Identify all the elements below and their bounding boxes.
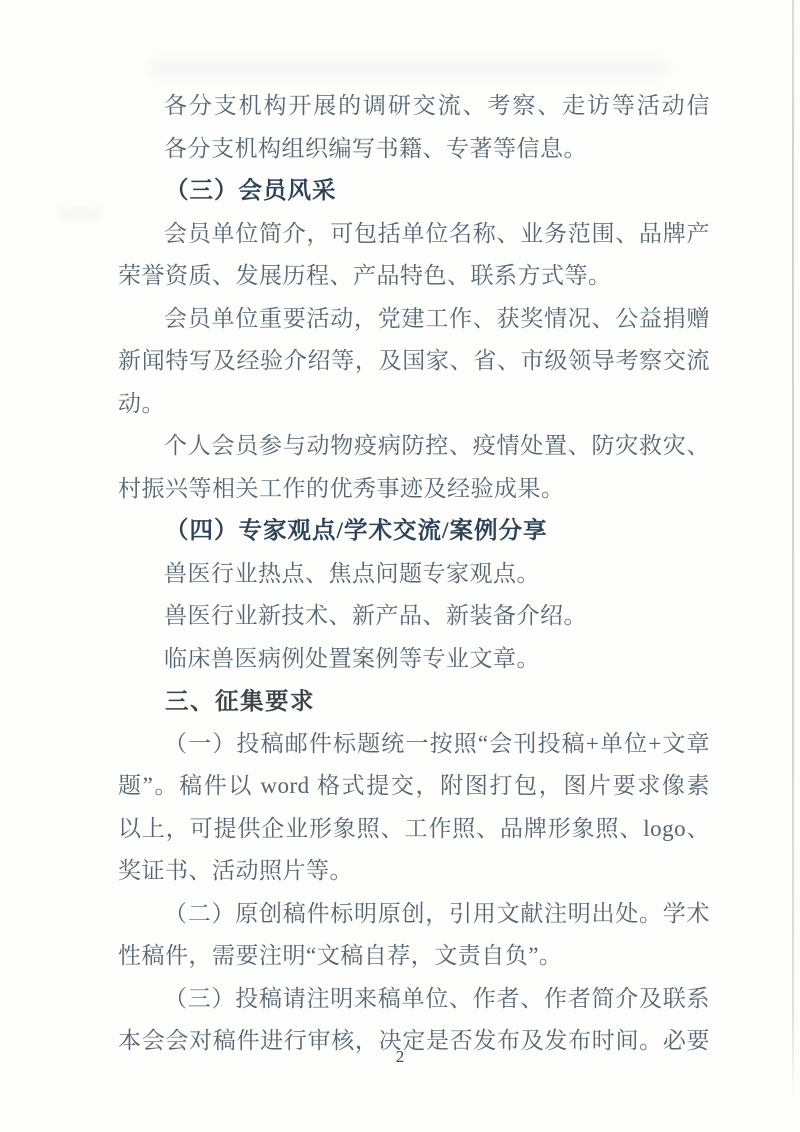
text-line: （二）原创稿件标明原创，引用文献注明出处。学术探讨 <box>118 893 710 936</box>
text-line: 各分支机构组织编写书籍、专著等信息。 <box>118 128 710 171</box>
text-line: （三）投稿请注明来稿单位、作者、作者简介及联系方式。 <box>118 978 710 1021</box>
text-line: 各分支机构开展的调研交流、考察、走访等活动信息。 <box>118 85 710 128</box>
document-page: 各分支机构开展的调研交流、考察、走访等活动信息。各分支机构组织编写书籍、专著等信… <box>0 0 800 1132</box>
text-line: 三、征集要求 <box>118 680 710 723</box>
text-line: 兽医行业热点、焦点问题专家观点。 <box>118 553 710 596</box>
text-line: （一）投稿邮件标题统一按照“会刊投稿+单位+文章标 <box>118 723 710 766</box>
text-line: 个人会员参与动物疫病防控、疫情处置、防灾救灾、乡 <box>118 425 710 468</box>
scan-smudge <box>60 208 100 218</box>
text-line: 临床兽医病例处置案例等专业文章。 <box>118 638 710 681</box>
scan-edge-line <box>792 0 794 1102</box>
text-line: 以上，可提供企业形象照、工作照、品牌形象照、logo、获 <box>118 808 710 851</box>
text-line: 新闻特写及经验介绍等，及国家、省、市级领导考察交流活 <box>118 340 710 383</box>
text-line: （三）会员风采 <box>118 170 710 213</box>
text-line: （四）专家观点/学术交流/案例分享 <box>118 510 710 553</box>
text-line: 兽医行业新技术、新产品、新装备介绍。 <box>118 595 710 638</box>
text-line: 题”。稿件以 word 格式提交，附图打包，图片要求像素 300 <box>118 765 710 808</box>
page-number: 2 <box>0 1044 800 1070</box>
text-line: 会员单位重要活动，党建工作、获奖情况、公益捐赠等 <box>118 298 710 341</box>
document-body: 各分支机构开展的调研交流、考察、走访等活动信息。各分支机构组织编写书籍、专著等信… <box>118 85 710 1063</box>
text-line: 奖证书、活动照片等。 <box>118 850 710 893</box>
text-line: 性稿件，需要注明“文稿自荐，文责自负”。 <box>118 935 710 978</box>
scan-smudge <box>150 60 670 76</box>
text-line: 动。 <box>118 383 710 426</box>
text-line: 荣誉资质、发展历程、产品特色、联系方式等。 <box>118 255 710 298</box>
text-line: 村振兴等相关工作的优秀事迹及经验成果。 <box>118 468 710 511</box>
text-line: 会员单位简介，可包括单位名称、业务范围、品牌产品、 <box>118 213 710 256</box>
